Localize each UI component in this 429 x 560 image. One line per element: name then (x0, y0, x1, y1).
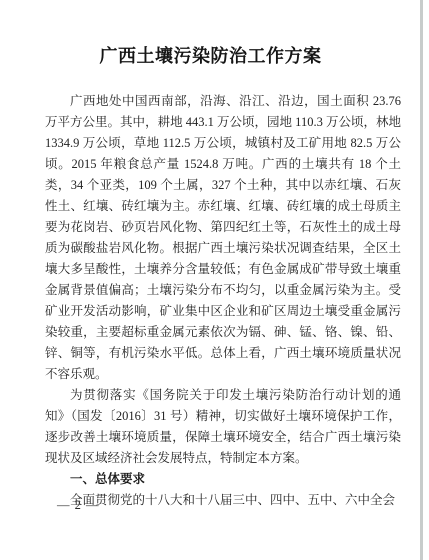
document-body: 广西地处中国西南部，沿海、沿江、沿边，国土面积 23.76 万平方公里。其中，耕… (45, 91, 401, 511)
paragraph-soil-overview: 广西地处中国西南部，沿海、沿江、沿边，国土面积 23.76 万平方公里。其中，耕… (45, 91, 401, 385)
document-page: 广西土壤污染防治工作方案 广西地处中国西南部，沿海、沿江、沿边，国土面积 23.… (0, 0, 429, 560)
document-title: 广西土壤污染防治工作方案 (0, 42, 421, 68)
section-heading-overall-requirements: 一、总体要求 (45, 469, 401, 490)
paragraph-plan-purpose: 为贯彻落实《国务院关于印发土壤污染防治行动计划的通知》（国发〔2016〕31 号… (45, 385, 401, 469)
page-number: — 2 — (57, 498, 100, 513)
scan-edge-line (420, 0, 423, 560)
